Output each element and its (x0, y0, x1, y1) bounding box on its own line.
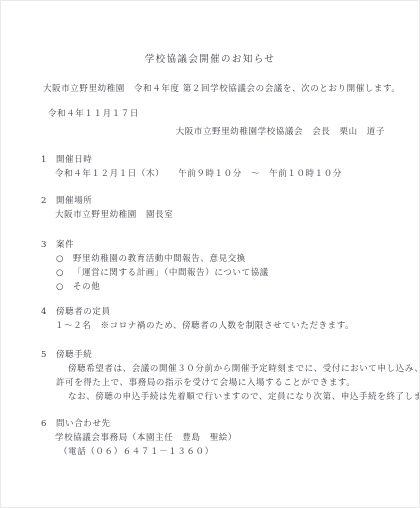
agenda-item-text: その他 (73, 281, 100, 294)
section-heading-label: 開催場所 (56, 195, 92, 208)
document-page: 学校協議会開催のお知らせ 大阪市立野里幼稚園 令和４年度 第２回学校協議会の会議… (0, 0, 420, 508)
sender-line: 大阪市立野里幼稚園学校協議会 会長 栗山 道子 (1, 126, 419, 139)
issue-date: 令和４年１１月１７日 (1, 108, 419, 121)
procedure-paragraph-line: 許可を得た上で、事務局の指示を受けて会場に入場することができます。 (1, 377, 419, 390)
section-heading-label: 傍聴者の定員 (56, 306, 111, 319)
meeting-place-value: 大阪市立野里幼稚園 園長室 (1, 209, 419, 222)
agenda-item-text: 野里幼稚園の教育活動中間報告、意見交換 (73, 253, 246, 266)
page-title: 学校協議会開催のお知らせ (1, 53, 419, 66)
section-number: 1 (41, 154, 56, 167)
section-number: 6 (41, 418, 56, 431)
intro-line: 大阪市立野里幼稚園 令和４年度 第２回学校協議会の会議を、次のとおり開催します。 (1, 83, 419, 96)
section-heading: 3 案件 (1, 239, 419, 252)
section-meeting-datetime: 1 開催日時 令和４年１２月１日（木） 午前９時１０分 ～ 午前１０時１０分 (1, 154, 419, 181)
agenda-item: ○ その他 (1, 281, 419, 294)
section-heading-label: 開催日時 (56, 154, 92, 167)
circle-bullet-icon: ○ (56, 253, 73, 266)
section-heading-label: 傍聴手続 (56, 349, 92, 362)
circle-bullet-icon: ○ (56, 267, 73, 280)
contact-phone-line: （電話（０６）６４７１－１３６０） (1, 446, 419, 459)
section-heading: 2 開催場所 (1, 195, 419, 208)
section-heading: 6 問い合わせ先 (1, 418, 419, 431)
circle-bullet-icon: ○ (56, 281, 73, 294)
section-number: 5 (41, 349, 56, 362)
agenda-item: ○ 野里幼稚園の教育活動中間報告、意見交換 (1, 253, 419, 266)
observer-capacity-value: １～２名 ※コロナ禍のため、傍聴者の人数を制限させていただきます。 (1, 320, 419, 333)
section-number: 3 (41, 239, 56, 252)
procedure-paragraph-line: 傍聴希望者は、会議の開催３０分前から開催予定時刻までに、受付において申し込み、会… (1, 363, 419, 376)
section-heading: 1 開催日時 (1, 154, 419, 167)
section-heading-label: 問い合わせ先 (56, 418, 111, 431)
contact-office-line: 学校協議会事務局（本園主任 豊島 聖絵） (1, 432, 419, 445)
section-observer-capacity: 4 傍聴者の定員 １～２名 ※コロナ禍のため、傍聴者の人数を制限させていただきま… (1, 306, 419, 333)
section-contact: 6 問い合わせ先 学校協議会事務局（本園主任 豊島 聖絵） （電話（０６）６４７… (1, 418, 419, 459)
agenda-item-text: 「運営に関する計画」（中間報告）について協議 (73, 267, 269, 280)
section-heading-label: 案件 (56, 239, 74, 252)
meeting-datetime-value: 令和４年１２月１日（木） 午前９時１０分 ～ 午前１０時１０分 (1, 168, 419, 181)
section-meeting-place: 2 開催場所 大阪市立野里幼稚園 園長室 (1, 195, 419, 222)
section-number: 2 (41, 195, 56, 208)
section-number: 4 (41, 306, 56, 319)
section-agenda: 3 案件 ○ 野里幼稚園の教育活動中間報告、意見交換 ○ 「運営に関する計画」（… (1, 239, 419, 294)
section-heading: 5 傍聴手続 (1, 349, 419, 362)
agenda-item: ○ 「運営に関する計画」（中間報告）について協議 (1, 267, 419, 280)
procedure-paragraph-line: なお、傍聴の申込手続は先着順で行いますので、定員になり次第、申込手続を終了します… (1, 391, 419, 404)
section-heading: 4 傍聴者の定員 (1, 306, 419, 319)
section-observer-procedure: 5 傍聴手続 傍聴希望者は、会議の開催３０分前から開催予定時刻までに、受付におい… (1, 349, 419, 404)
